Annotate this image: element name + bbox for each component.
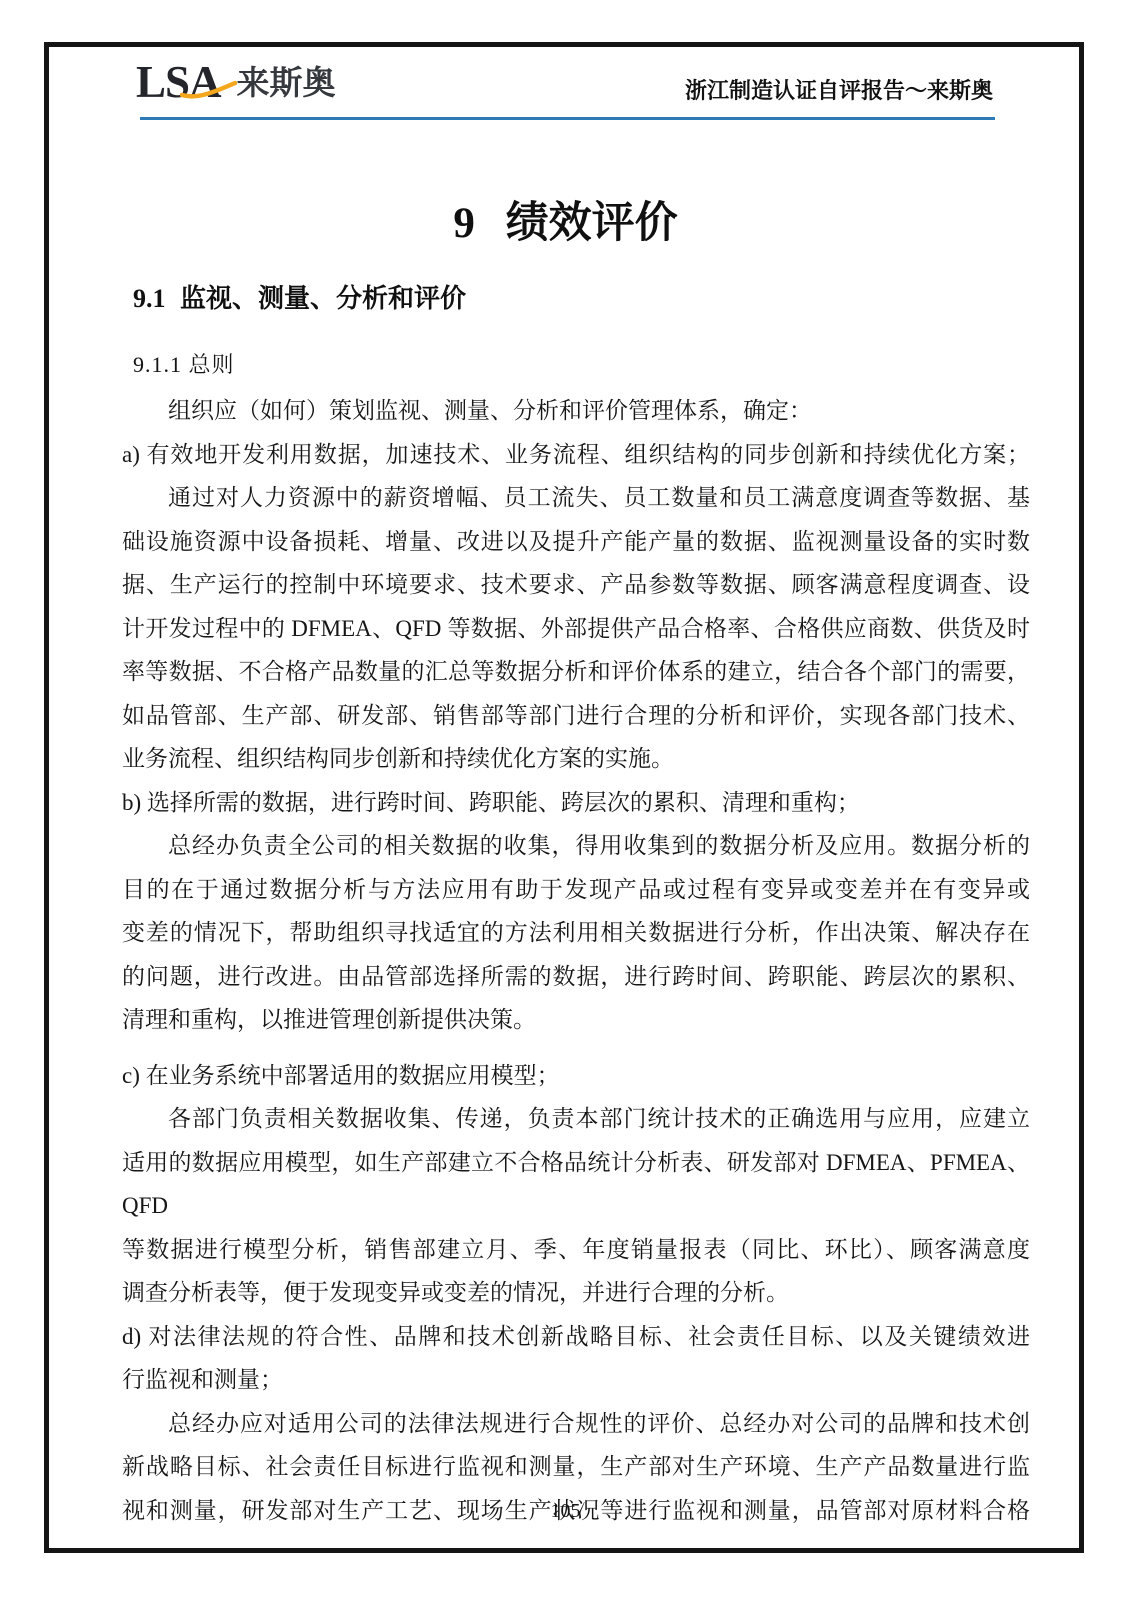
body-line: 通过对人力资源中的薪资增幅、员工流失、员工数量和员工满意度调查等数据、基 — [122, 476, 1030, 520]
body-line: a) 有效地开发利用数据，加速技术、业务流程、组织结构的同步创新和持续优化方案； — [122, 433, 1030, 477]
body-line: 目的在于通过数据分析与方法应用有助于发现产品或过程有变异或变差并在有变异或 — [122, 868, 1030, 912]
body-line: 等数据进行模型分析，销售部建立月、季、年度销量报表（同比、环比）、顾客满意度 — [122, 1228, 1030, 1272]
body-text-block: 组织应（如何）策划监视、测量、分析和评价管理体系，确定： a) 有效地开发利用数… — [122, 389, 1030, 1532]
body-line: 调查分析表等，便于发现变异或变差的情况，并进行合理的分析。 — [122, 1271, 1030, 1315]
body-line: 的问题，进行改进。由品管部选择所需的数据，进行跨时间、跨职能、跨层次的累积、 — [122, 955, 1030, 999]
body-line: 各部门负责相关数据收集、传递，负责本部门统计技术的正确选用与应用，应建立 — [122, 1097, 1030, 1141]
document-page: LSA 来斯奥 浙江制造认证自评报告～来斯奥 9 绩效评价 9.1 监视、测量、… — [0, 0, 1131, 1600]
body-line: 据、生产运行的控制中环境要求、技术要求、产品参数等数据、顾客满意程度调查、设 — [122, 563, 1030, 607]
header-divider-line — [140, 117, 995, 120]
body-line: 业务流程、组织结构同步创新和持续优化方案的实施。 — [122, 737, 1030, 781]
body-line: 总经办应对适用公司的法律法规进行合规性的评价、总经办对公司的品牌和技术创 — [122, 1402, 1030, 1446]
body-line: 础设施资源中设备损耗、增量、改进以及提升产能产量的数据、监视测量设备的实时数 — [122, 520, 1030, 564]
body-line: 组织应（如何）策划监视、测量、分析和评价管理体系，确定： — [122, 389, 1030, 433]
section-heading: 9.1 监视、测量、分析和评价 — [133, 278, 466, 315]
body-line: d) 对法律法规的符合性、品牌和技术创新战略目标、社会责任目标、以及关键绩效进 — [122, 1315, 1030, 1359]
body-line: 总经办负责全公司的相关数据的收集，得用收集到的数据分析及应用。数据分析的 — [122, 824, 1030, 868]
company-logo: LSA 来斯奥 — [136, 56, 336, 108]
body-line: 率等数据、不合格产品数量的汇总等数据分析和评价体系的建立，结合各个部门的需要， — [122, 650, 1030, 694]
body-line: 计开发过程中的 DFMEA、QFD 等数据、外部提供产品合格率、合格供应商数、供… — [122, 607, 1030, 651]
subsection-heading: 9.1.1 总则 — [133, 348, 235, 379]
chapter-title: 9 绩效评价 — [0, 189, 1131, 250]
body-line: 清理和重构，以推进管理创新提供决策。 — [122, 998, 1030, 1042]
body-line: c) 在业务系统中部署适用的数据应用模型； — [122, 1054, 1030, 1098]
logo-swoosh-icon — [180, 80, 238, 100]
body-line: 行监视和测量； — [122, 1358, 1030, 1402]
header-report-title: 浙江制造认证自评报告～来斯奥 — [685, 74, 993, 105]
page-number: 105 — [0, 1500, 1131, 1523]
logo-brand-text: 来斯奥 — [237, 64, 336, 101]
body-line: 新战略目标、社会责任目标进行监视和测量，生产部对生产环境、生产产品数量进行监 — [122, 1445, 1030, 1489]
body-line: 如品管部、生产部、研发部、销售部等部门进行合理的分析和评价，实现各部门技术、 — [122, 694, 1030, 738]
body-line: b) 选择所需的数据，进行跨时间、跨职能、跨层次的累积、清理和重构； — [122, 781, 1030, 825]
body-line: 适用的数据应用模型，如生产部建立不合格品统计分析表、研发部对 DFMEA、PFM… — [122, 1141, 1030, 1228]
body-line: 变差的情况下，帮助组织寻找适宜的方法利用相关数据进行分析，作出决策、解决存在 — [122, 911, 1030, 955]
